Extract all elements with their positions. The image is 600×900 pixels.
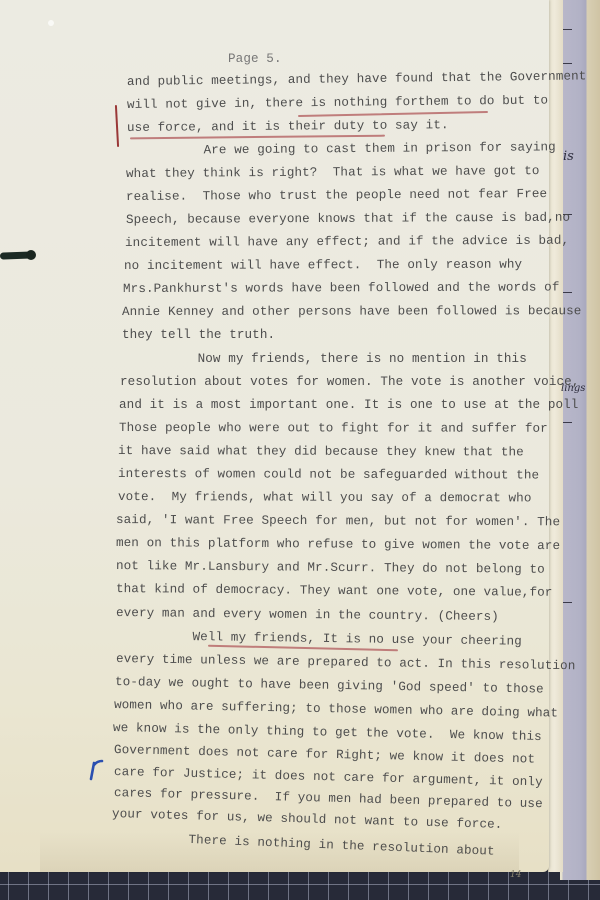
text-line: Well my friends, It is no use your cheer… (116, 629, 522, 649)
underlying-page-edge (548, 0, 563, 872)
text-line: it have said what they did because they … (118, 444, 524, 459)
text-line: no incitement will have effect. The only… (124, 258, 522, 273)
text-line: realise. Those who trust the people need… (126, 187, 547, 204)
text-line: will not give in, there is nothing forth… (127, 94, 548, 112)
text-line: use force, and it is their duty to say i… (127, 118, 449, 135)
text-line: resolution about votes for women. The vo… (120, 375, 579, 389)
text-line: interests of women could not be safeguar… (118, 467, 539, 482)
strip-tick-mark (563, 602, 572, 603)
strip-tick-mark (563, 422, 572, 423)
text-line: every man and every women in the country… (116, 606, 499, 624)
text-line: not like Mr.Lansbury and Mr.Scurr. They … (116, 559, 545, 577)
text-line: Are we going to cast them in prison for … (127, 140, 556, 158)
text-line: that kind of democracy. They want one vo… (116, 582, 553, 600)
strip-tick-mark (563, 29, 572, 30)
text-line: and it is a most important one. It is on… (119, 398, 578, 412)
text-line: vote. My friends, what will you say of a… (118, 490, 532, 505)
strip-tick-mark (563, 292, 572, 293)
strip-handwriting: is (563, 150, 574, 163)
text-line: women who are suffering; to those women … (114, 698, 558, 721)
file-strip (560, 0, 600, 880)
text-line: incitement will have any effect; and if … (125, 234, 569, 250)
text-line: Now my friends, there is no mention in t… (121, 352, 527, 366)
text-line: Annie Kenney and other persons have been… (122, 304, 581, 319)
text-line: care for Justice; it does not care for a… (114, 765, 543, 789)
typed-text-block: Page 5. and public meetings, and they ha… (0, 0, 549, 872)
text-line: Mrs.Pankhurst's words have been followed… (123, 280, 560, 296)
text-line: what they think is right? That is what w… (126, 164, 540, 181)
strip-tick-mark (563, 63, 572, 64)
text-line: to-day we ought to have been giving 'God… (115, 675, 544, 696)
typed-page: Page 5. and public meetings, and they ha… (0, 0, 549, 872)
text-line: said, 'I want Free Speech for men, but n… (116, 513, 560, 529)
text-line: we know is the only thing to get the vot… (113, 721, 542, 744)
text-line: every time unless we are prepared to act… (116, 652, 576, 673)
text-line: Government does not care for Right; we k… (114, 743, 535, 767)
page-number: Page 5. (228, 52, 282, 66)
text-line: your votes for us, we should not want to… (112, 807, 503, 832)
blue-check-icon (88, 759, 104, 781)
text-line: There is nothing in the resolution about (112, 830, 495, 859)
text-line: Speech, because everyone knows that if t… (126, 211, 570, 227)
text-line: cares for pressure. If you men had been … (114, 786, 543, 811)
pencil-folio-number: 14 (510, 870, 521, 880)
text-line: Those people who were out to fight for i… (119, 421, 548, 436)
text-line: men on this platform who refuse to give … (116, 536, 560, 553)
text-line: and public meetings, and they have found… (127, 69, 587, 89)
text-line: they tell the truth. (122, 328, 275, 342)
